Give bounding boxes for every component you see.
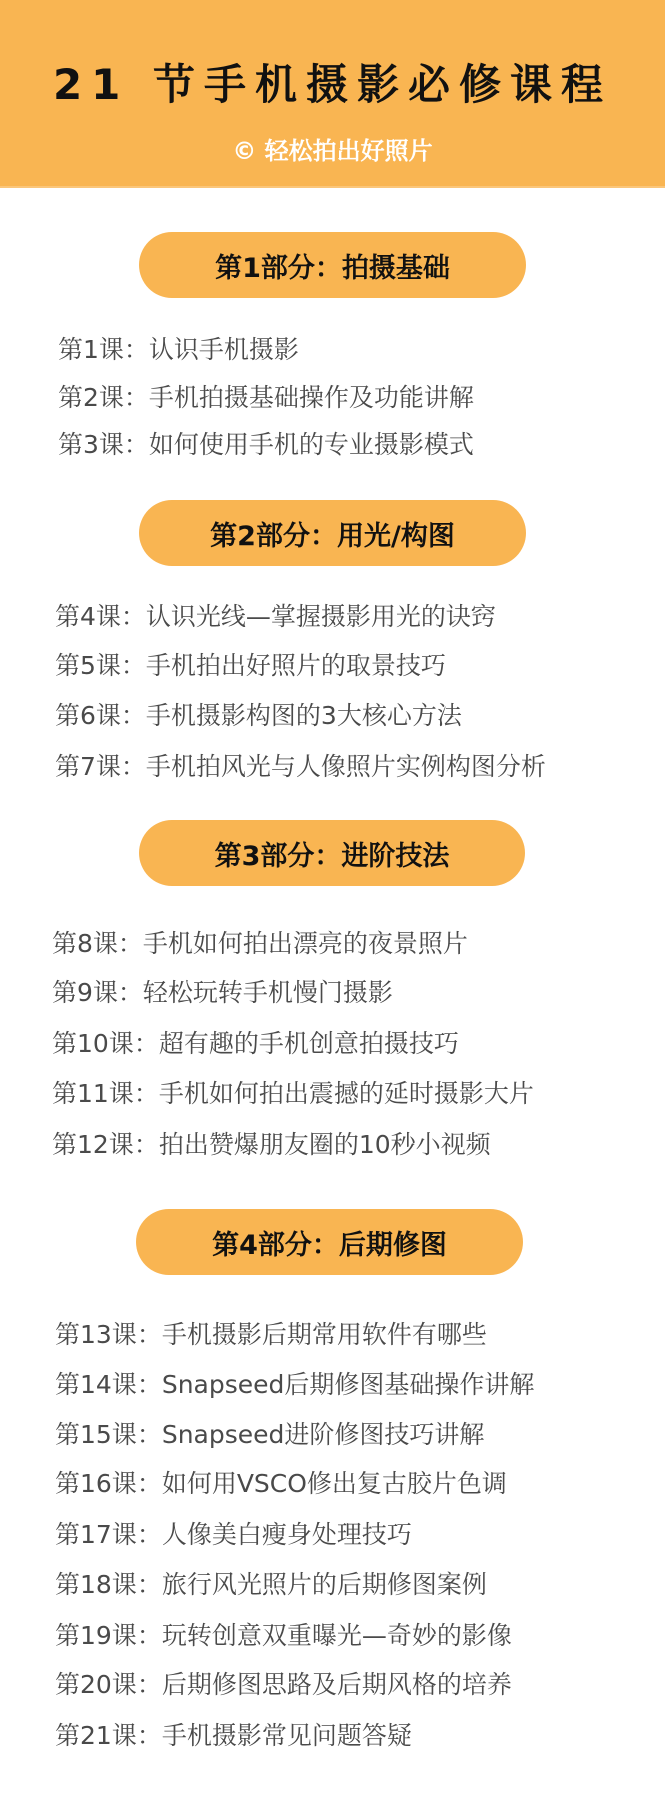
lesson-title: 后期修图思路及后期风格的培养 (162, 1670, 512, 1699)
lesson-item-17: 第17课：人像美白瘦身处理技巧 (55, 1519, 412, 1551)
lesson-number: 第11课 (52, 1079, 134, 1108)
lesson-separator: ： (137, 1370, 162, 1399)
lesson-item-8: 第8课：手机如何拍出漂亮的夜景照片 (52, 928, 468, 960)
lesson-separator: ： (137, 1621, 162, 1650)
lesson-title: 手机摄影构图的3大核心方法 (146, 701, 462, 730)
lesson-title: 手机拍出好照片的取景技巧 (146, 651, 446, 680)
lesson-title: 认识手机摄影 (149, 335, 299, 364)
lesson-number: 第10课 (52, 1029, 134, 1058)
lesson-number: 第12课 (52, 1130, 134, 1159)
section-heading-1: 第1部分：拍摄基础 (139, 232, 526, 298)
lesson-item-13: 第13课：手机摄影后期常用软件有哪些 (55, 1319, 487, 1351)
lesson-item-21: 第21课：手机摄影常见问题答疑 (55, 1720, 412, 1752)
lesson-number: 第18课 (55, 1570, 137, 1599)
lesson-title: 玩转创意双重曝光—奇妙的影像 (162, 1621, 512, 1650)
lesson-title: 如何使用手机的专业摄影模式 (149, 430, 474, 459)
lesson-separator: ： (137, 1420, 162, 1449)
lesson-item-12: 第12课：拍出赞爆朋友圈的10秒小视频 (52, 1129, 491, 1161)
header-banner: 21 节手机摄影必修课程 © 轻松拍出好照片 (0, 0, 665, 188)
lesson-number: 第16课 (55, 1469, 137, 1498)
lesson-number: 第20课 (55, 1670, 137, 1699)
section-heading-4: 第4部分：后期修图 (136, 1209, 523, 1275)
lesson-separator: ： (137, 1570, 162, 1599)
lesson-separator: ： (124, 335, 149, 364)
lesson-item-6: 第6课：手机摄影构图的3大核心方法 (55, 700, 462, 732)
lesson-number: 第1课 (58, 335, 124, 364)
lesson-title: Snapseed后期修图基础操作讲解 (162, 1370, 535, 1399)
lesson-separator: ： (121, 602, 146, 631)
page-subtitle: © 轻松拍出好照片 (0, 136, 665, 166)
section-heading-3: 第3部分：进阶技法 (139, 820, 525, 886)
lesson-separator: ： (137, 1670, 162, 1699)
lesson-separator: ： (134, 1079, 159, 1108)
lesson-number: 第6课 (55, 701, 121, 730)
lesson-number: 第17课 (55, 1520, 137, 1549)
lesson-separator: ： (134, 1029, 159, 1058)
lesson-separator: ： (134, 1130, 159, 1159)
lesson-number: 第21课 (55, 1721, 137, 1750)
lesson-item-5: 第5课：手机拍出好照片的取景技巧 (55, 650, 446, 682)
lesson-item-16: 第16课：如何用VSCO修出复古胶片色调 (55, 1468, 507, 1500)
lesson-separator: ： (118, 929, 143, 958)
lesson-title: 人像美白瘦身处理技巧 (162, 1520, 412, 1549)
lesson-separator: ： (137, 1520, 162, 1549)
lesson-number: 第13课 (55, 1320, 137, 1349)
lesson-title: 超有趣的手机创意拍摄技巧 (159, 1029, 459, 1058)
page-title: 21 节手机摄影必修课程 (0, 60, 665, 110)
lesson-item-3: 第3课：如何使用手机的专业摄影模式 (58, 429, 474, 461)
lesson-title: 手机摄影常见问题答疑 (162, 1721, 412, 1750)
lesson-title: 手机拍摄基础操作及功能讲解 (149, 383, 474, 412)
lesson-number: 第14课 (55, 1370, 137, 1399)
lesson-separator: ： (121, 701, 146, 730)
lesson-separator: ： (121, 651, 146, 680)
lesson-title: 如何用VSCO修出复古胶片色调 (162, 1469, 507, 1498)
lesson-item-9: 第9课：轻松玩转手机慢门摄影 (52, 977, 393, 1009)
lesson-item-15: 第15课：Snapseed进阶修图技巧讲解 (55, 1419, 484, 1451)
lesson-number: 第9课 (52, 978, 118, 1007)
lesson-title: 手机如何拍出漂亮的夜景照片 (143, 929, 468, 958)
lesson-number: 第3课 (58, 430, 124, 459)
lesson-separator: ： (137, 1721, 162, 1750)
lesson-title: 手机如何拍出震撼的延时摄影大片 (159, 1079, 534, 1108)
lesson-item-11: 第11课：手机如何拍出震撼的延时摄影大片 (52, 1078, 534, 1110)
lesson-item-4: 第4课：认识光线—掌握摄影用光的诀窍 (55, 601, 496, 633)
lesson-title: 拍出赞爆朋友圈的10秒小视频 (159, 1130, 491, 1159)
lesson-title: 手机拍风光与人像照片实例构图分析 (146, 752, 546, 781)
lesson-separator: ： (137, 1469, 162, 1498)
lesson-number: 第15课 (55, 1420, 137, 1449)
lesson-number: 第4课 (55, 602, 121, 631)
lesson-item-10: 第10课：超有趣的手机创意拍摄技巧 (52, 1028, 459, 1060)
lesson-title: Snapseed进阶修图技巧讲解 (162, 1420, 485, 1449)
lesson-number: 第7课 (55, 752, 121, 781)
lesson-separator: ： (124, 430, 149, 459)
lesson-item-7: 第7课：手机拍风光与人像照片实例构图分析 (55, 751, 546, 783)
lesson-number: 第8课 (52, 929, 118, 958)
lesson-title: 旅行风光照片的后期修图案例 (162, 1570, 487, 1599)
lesson-item-18: 第18课：旅行风光照片的后期修图案例 (55, 1569, 487, 1601)
lesson-number: 第5课 (55, 651, 121, 680)
section-heading-2: 第2部分：用光/构图 (139, 500, 526, 566)
lesson-number: 第2课 (58, 383, 124, 412)
lesson-item-1: 第1课：认识手机摄影 (58, 334, 299, 366)
lesson-separator: ： (121, 752, 146, 781)
lesson-item-14: 第14课：Snapseed后期修图基础操作讲解 (55, 1369, 534, 1401)
lesson-item-2: 第2课：手机拍摄基础操作及功能讲解 (58, 382, 474, 414)
lesson-separator: ： (124, 383, 149, 412)
lesson-number: 第19课 (55, 1621, 137, 1650)
lesson-title: 轻松玩转手机慢门摄影 (143, 978, 393, 1007)
lesson-title: 手机摄影后期常用软件有哪些 (162, 1320, 487, 1349)
lesson-item-19: 第19课：玩转创意双重曝光—奇妙的影像 (55, 1620, 512, 1652)
lesson-item-20: 第20课：后期修图思路及后期风格的培养 (55, 1669, 512, 1701)
lesson-separator: ： (118, 978, 143, 1007)
lesson-title: 认识光线—掌握摄影用光的诀窍 (146, 602, 496, 631)
lesson-separator: ： (137, 1320, 162, 1349)
